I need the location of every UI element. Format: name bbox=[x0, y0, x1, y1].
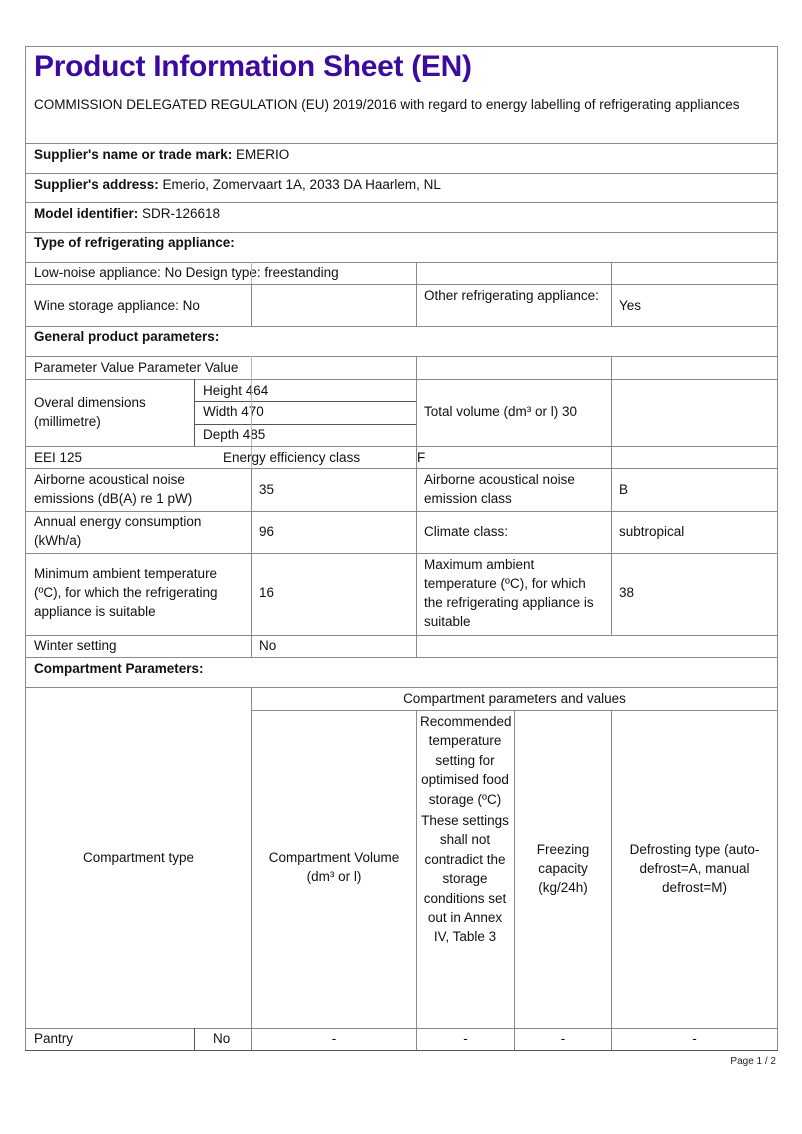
compartment-heading: Compartment Parameters: bbox=[34, 659, 204, 678]
climate-class-value: subtropical bbox=[619, 522, 684, 541]
annual-consumption-label: Annual energy consumption (kWh/a) bbox=[34, 512, 246, 550]
recommended-temp-note: These settings shall not contradict the … bbox=[420, 811, 510, 947]
model-identifier-label: Model identifier: bbox=[34, 206, 138, 221]
max-temp-value: 38 bbox=[619, 583, 634, 602]
model-identifier: Model identifier: SDR-126618 bbox=[34, 204, 220, 223]
min-temp-value: 16 bbox=[259, 583, 274, 602]
supplier-name: Supplier's name or trade mark: EMERIO bbox=[34, 145, 289, 164]
compartment-present-cell: No bbox=[213, 1029, 230, 1048]
page-number: Page 1 / 2 bbox=[730, 1056, 776, 1067]
compartment-temp-cell: - bbox=[417, 1029, 514, 1048]
supplier-address-label: Supplier's address: bbox=[34, 177, 159, 192]
model-identifier-value: SDR-126618 bbox=[142, 206, 220, 221]
winter-setting-value: No bbox=[259, 636, 276, 655]
noise-value: 35 bbox=[259, 480, 274, 499]
noise-label: Airborne acoustical noise emissions (dB(… bbox=[34, 470, 246, 508]
annual-consumption-value: 96 bbox=[259, 522, 274, 541]
winter-setting-label: Winter setting bbox=[34, 636, 117, 655]
compartment-defrost-cell: - bbox=[612, 1029, 777, 1048]
col-recommended-temp: Recommended temperature setting for opti… bbox=[420, 712, 510, 947]
appliance-type-heading: Type of refrigerating appliance: bbox=[34, 233, 235, 252]
supplier-address: Supplier's address: Emerio, Zomervaart 1… bbox=[34, 175, 441, 194]
parameter-header-row: Parameter Value Parameter Value bbox=[34, 358, 238, 377]
wine-storage-text: Wine storage appliance: No bbox=[34, 296, 200, 315]
low-noise-text: Low-noise appliance: No Design type: fre… bbox=[34, 263, 339, 282]
regulation-text: COMMISSION DELEGATED REGULATION (EU) 201… bbox=[34, 95, 764, 114]
energy-class-value: F bbox=[417, 448, 425, 467]
dimensions-label: Overal dimensions (millimetre) bbox=[34, 393, 184, 431]
total-volume: Total volume (dm³ or l) 30 bbox=[424, 402, 577, 421]
other-appliance-value: Yes bbox=[619, 296, 641, 315]
page-title: Product Information Sheet (EN) bbox=[34, 48, 472, 86]
compartment-group-header: Compartment parameters and values bbox=[252, 689, 777, 708]
compartment-type-cell: Pantry bbox=[34, 1029, 73, 1048]
dimension-width: Width 470 bbox=[203, 402, 264, 421]
other-appliance-label: Other refrigerating appliance: bbox=[424, 286, 604, 305]
climate-class-label: Climate class: bbox=[424, 522, 508, 541]
min-temp-label: Minimum ambient temperature (ºC), for wh… bbox=[34, 564, 239, 621]
compartment-volume-cell: - bbox=[252, 1029, 416, 1048]
col-compartment-volume: Compartment Volume (dm³ or l) bbox=[262, 848, 406, 886]
eei-value: EEI 125 bbox=[34, 448, 82, 467]
supplier-address-value: Emerio, Zomervaart 1A, 2033 DA Haarlem, … bbox=[163, 177, 441, 192]
col-defrosting-type: Defrosting type (auto-defrost=A, manual … bbox=[617, 840, 772, 897]
col-freezing-capacity: Freezing capacity (kg/24h) bbox=[518, 840, 608, 897]
max-temp-label: Maximum ambient temperature (ºC), for wh… bbox=[424, 555, 604, 631]
supplier-name-value: EMERIO bbox=[236, 147, 289, 162]
general-heading: General product parameters: bbox=[34, 327, 219, 346]
dimension-depth: Depth 485 bbox=[203, 425, 265, 444]
noise-class-label: Airborne acoustical noise emission class bbox=[424, 470, 604, 508]
supplier-name-label: Supplier's name or trade mark: bbox=[34, 147, 232, 162]
recommended-temp-text: Recommended temperature setting for opti… bbox=[420, 712, 510, 809]
noise-class-value: B bbox=[619, 480, 628, 499]
energy-class-label: Energy efficiency class bbox=[223, 448, 360, 467]
dimension-height: Height 464 bbox=[203, 381, 268, 400]
col-compartment-type: Compartment type bbox=[26, 848, 251, 867]
compartment-freezing-cell: - bbox=[515, 1029, 611, 1048]
